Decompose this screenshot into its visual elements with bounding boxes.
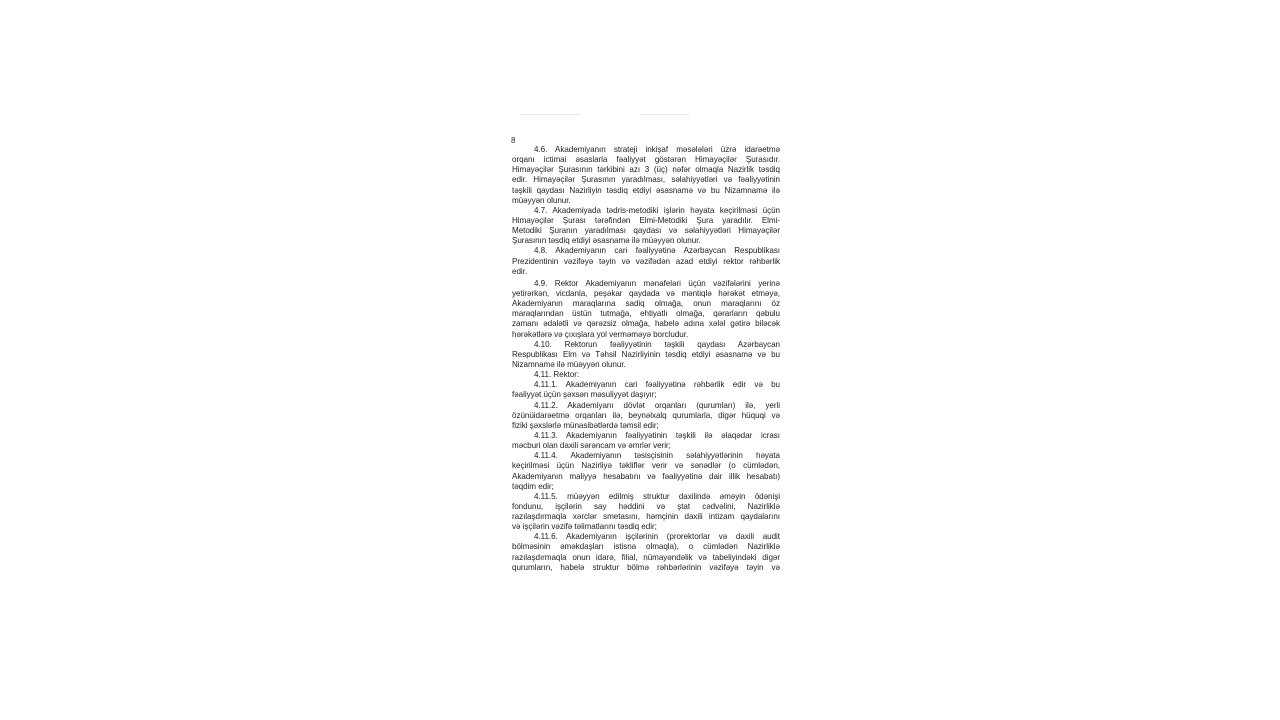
text-line: 4.7. Akademiyada tədris-metodiki işlərin… bbox=[512, 206, 780, 216]
paragraph-4-11-5: 4.11.5. müəyyən edilmiş struktur daxilin… bbox=[512, 492, 780, 533]
text-line: 4.8. Akademiyanın cari fəaliyyətinə Azər… bbox=[512, 246, 780, 256]
text-line: hərəkətlərə və çıxışlara yol verməməyə b… bbox=[512, 330, 780, 340]
text-line: 4.10. Rektorun fəaliyyətinin təşkili qay… bbox=[512, 340, 780, 350]
text-line: 4.11.2. Akademiyanı dövlət orqanları (qu… bbox=[512, 401, 780, 411]
scanned-document-page: 8 4.6. Akademiyanın strateji inkişaf məs… bbox=[490, 100, 800, 620]
text-line: 4.9. Rektor Akademiyanın mənafeləri üçün… bbox=[512, 279, 780, 289]
text-line: müəyyən olunur. bbox=[512, 196, 780, 206]
paragraph-4-11-6: 4.11.6. Akademiyanın işçilərinin (prorek… bbox=[512, 532, 780, 573]
paragraph-4-11-3: 4.11.3. Akademiyanın fəaliyyətinin təşki… bbox=[512, 431, 780, 451]
text-line: fəaliyyət üçün şəxsən məsuliyyət daşıyır… bbox=[512, 390, 780, 400]
paragraph-4-11: 4.11. Rektor: bbox=[512, 370, 780, 380]
text-line: 4.11.4. Akademiyanın təsisçisinin səlahi… bbox=[512, 451, 780, 461]
page-number: 8 bbox=[511, 136, 515, 145]
text-line: Himayəçilər Şurası tərəfindən Elmi-Metod… bbox=[512, 216, 780, 226]
text-line: Himayəçilər Şurasının tərkibini azı 3 (ü… bbox=[512, 165, 780, 175]
text-line: maraqlarından üstün tutmağa, ehtiyatlı o… bbox=[512, 309, 780, 319]
text-line: zamanı ədalətli və qərəzsiz olmağa, habe… bbox=[512, 319, 780, 329]
text-line: fiziki şəxslərlə münasibətlərdə təmsil e… bbox=[512, 421, 780, 431]
text-line: yetirərkən, vicdanla, peşəkar qaydada və… bbox=[512, 289, 780, 299]
text-line: məcburi olan daxili sərəncam və əmrlər v… bbox=[512, 441, 780, 451]
paragraph-4-10: 4.10. Rektorun fəaliyyətinin təşkili qay… bbox=[512, 340, 780, 370]
text-line: Prezidentinin vəzifəyə təyin və vəzifədə… bbox=[512, 257, 780, 267]
text-line: və işçilərin vəzifə təlimatlarını təsdiq… bbox=[512, 522, 780, 532]
paragraph-4-11-4: 4.11.4. Akademiyanın təsisçisinin səlahi… bbox=[512, 451, 780, 492]
text-line: 4.11. Rektor: bbox=[512, 370, 780, 380]
text-line: qurumların, habelə struktur bölmə rəhbər… bbox=[512, 563, 780, 573]
paragraph-4-11-2: 4.11.2. Akademiyanı dövlət orqanları (qu… bbox=[512, 401, 780, 431]
scan-artifact bbox=[520, 114, 580, 115]
text-line: 4.11.3. Akademiyanın fəaliyyətinin təşki… bbox=[512, 431, 780, 441]
document-body: 4.6. Akademiyanın strateji inkişaf məsəl… bbox=[512, 145, 780, 573]
text-line: fondunu, işçilərin say həddini və ştat c… bbox=[512, 502, 780, 512]
text-line: keçirilməsi üçün Nazirliyə təkliflər ver… bbox=[512, 461, 780, 471]
text-line: Akademiyanın maraqlarına sadiq olmağa, o… bbox=[512, 299, 780, 309]
text-line: Respublikası Elm və Təhsil Nazirliyinin … bbox=[512, 350, 780, 360]
text-line: orqanı ictimai əsaslarla fəaliyyət göstə… bbox=[512, 155, 780, 165]
paragraph-4-6: 4.6. Akademiyanın strateji inkişaf məsəl… bbox=[512, 145, 780, 206]
scan-artifact bbox=[640, 114, 690, 115]
text-line: təqdim edir; bbox=[512, 482, 780, 492]
text-line: edir. bbox=[512, 267, 780, 277]
paragraph-4-9: 4.9. Rektor Akademiyanın mənafeləri üçün… bbox=[512, 279, 780, 340]
text-line: edir. Himayəçilər Şurasının yaradılması,… bbox=[512, 175, 780, 185]
paragraph-4-7: 4.7. Akademiyada tədris-metodiki işlərin… bbox=[512, 206, 780, 247]
paragraph-4-11-1: 4.11.1. Akademiyanın cari fəaliyyətinə r… bbox=[512, 380, 780, 400]
text-line: özünüidarəetmə orqanları ilə, beynəlxalq… bbox=[512, 411, 780, 421]
text-line: 4.11.1. Akademiyanın cari fəaliyyətinə r… bbox=[512, 380, 780, 390]
text-line: təşkili qaydası Nazirliyin təsdiq etdiyi… bbox=[512, 186, 780, 196]
text-line: 4.11.6. Akademiyanın işçilərinin (prorek… bbox=[512, 532, 780, 542]
text-line: Nizamnamə ilə müəyyən olunur. bbox=[512, 360, 780, 370]
text-line: 4.11.5. müəyyən edilmiş struktur daxilin… bbox=[512, 492, 780, 502]
paragraph-4-8: 4.8. Akademiyanın cari fəaliyyətinə Azər… bbox=[512, 246, 780, 276]
text-line: 4.6. Akademiyanın strateji inkişaf məsəl… bbox=[512, 145, 780, 155]
text-line: Akademiyanın maliyyə hesabatını və fəali… bbox=[512, 472, 780, 482]
text-line: bölməsinin əməkdaşları istisna olmaqla),… bbox=[512, 542, 780, 552]
text-line: razılaşdırmaqla onun idarə, filial, nüma… bbox=[512, 553, 780, 563]
text-line: Şurasının təsdiq etdiyi əsasnamə ilə müə… bbox=[512, 236, 780, 246]
text-line: Metodiki Şuranın yaradılması qaydası və … bbox=[512, 226, 780, 236]
text-line: razılaşdırmaqla xərclər smetasını, həmçi… bbox=[512, 512, 780, 522]
